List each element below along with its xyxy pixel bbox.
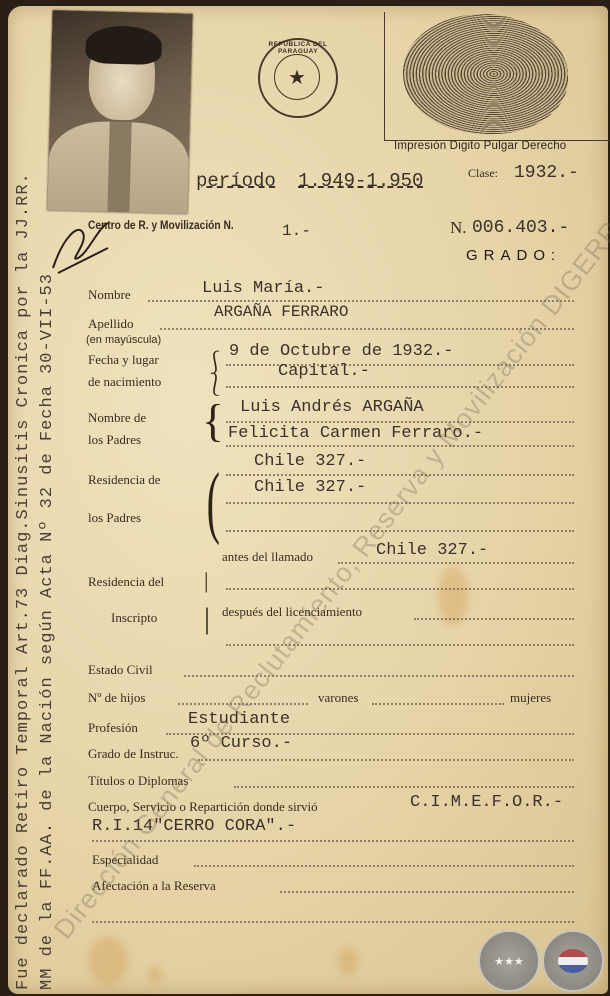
nacimiento-label-1: Fecha y lugar [88,352,159,368]
grado-label: GRADO: [466,247,561,264]
despues-label: después del licenciamiento [222,604,362,620]
residencia-inscripto-label-2: Inscripto [111,610,157,626]
residencia-padres-line-1: Chile 327.- [254,452,366,471]
padres-label-1: Nombre de [88,410,146,426]
lugar-nacimiento-value: Capital.- [278,362,370,381]
periodo-value: 1.949-1.950 [298,170,423,192]
numero-value: 006.403.- [472,218,569,238]
antes-label: antes del llamado [222,549,313,565]
star-icon: ★ [274,54,320,100]
grado-instruccion-label: Grado de Instruc. [88,746,179,762]
madre-value: Felicita Carmen Ferraro.- [228,424,483,443]
residencia-inscripto-label-1: Residencia del [88,574,164,590]
flag-icon [558,949,588,973]
portrait-photo [47,10,192,214]
fingerprint-label: Impresión Digito Pulgar Derecho [394,140,566,152]
residencia-padres-label-2: los Padres [88,510,141,526]
padre-value: Luis Andrés ARGAÑA [240,398,424,417]
nombre-value: Luis María.- [202,279,324,298]
antes-value: Chile 327.- [376,541,488,560]
afectacion-label: Afectación a la Reserva [92,878,216,894]
nombre-label: Nombre [88,287,131,303]
stars-badge: ★★★ [478,930,540,992]
cuerpo-value-2: R.I.14"CERRO CORA".- [92,817,296,836]
varones-label: varones [318,690,358,706]
signature-icon [48,218,118,278]
republic-seal: REPUBLICA DEL PARAGUAY ★ [258,38,338,118]
fecha-nacimiento-value: 9 de Octubre de 1932.- [229,342,453,361]
numero-label: N. [450,218,467,238]
estado-civil-label: Estado Civil [88,662,153,678]
hijos-label: Nº de hijos [88,690,145,706]
especialidad-label: Especialidad [92,852,158,868]
clase-value: 1932.- [514,163,579,183]
padres-label-2: los Padres [88,432,141,448]
fingerprint-icon [403,14,568,134]
mujeres-label: mujeres [510,690,551,706]
apellido-sublabel: (en mayúscula) [86,334,161,346]
cuerpo-label: Cuerpo, Servicio o Repartición donde sir… [88,799,318,815]
profesion-value: Estudiante [188,710,290,729]
residencia-padres-line-2: Chile 327.- [254,478,366,497]
cuerpo-value-1: C.I.M.E.F.O.R.- [410,793,563,812]
profesion-label: Profesión [88,720,138,736]
grado-instruccion-value: 6º Curso.- [190,734,292,753]
nacimiento-label-2: de nacimiento [88,374,161,390]
margin-note-1: Fue declarado Retiro Temporal Art.73 Dia… [14,10,33,990]
centro-value: 1.- [282,222,311,240]
map-badge [542,930,604,992]
titulos-label: Títulos o Diplomas [88,773,188,789]
clase-label: Clase: [468,166,498,181]
margin-note-2: MM de la FF.AA. de la Nación según Acta … [38,10,57,990]
apellido-value: ARGAÑA FERRARO [214,303,348,321]
periodo-label: período [196,170,276,192]
document-card: REPUBLICA DEL PARAGUAY ★ Impresión Digit… [8,6,608,994]
residencia-padres-label-1: Residencia de [88,472,161,488]
apellido-label: Apellido [88,316,134,332]
stars-icon: ★★★ [494,955,524,968]
